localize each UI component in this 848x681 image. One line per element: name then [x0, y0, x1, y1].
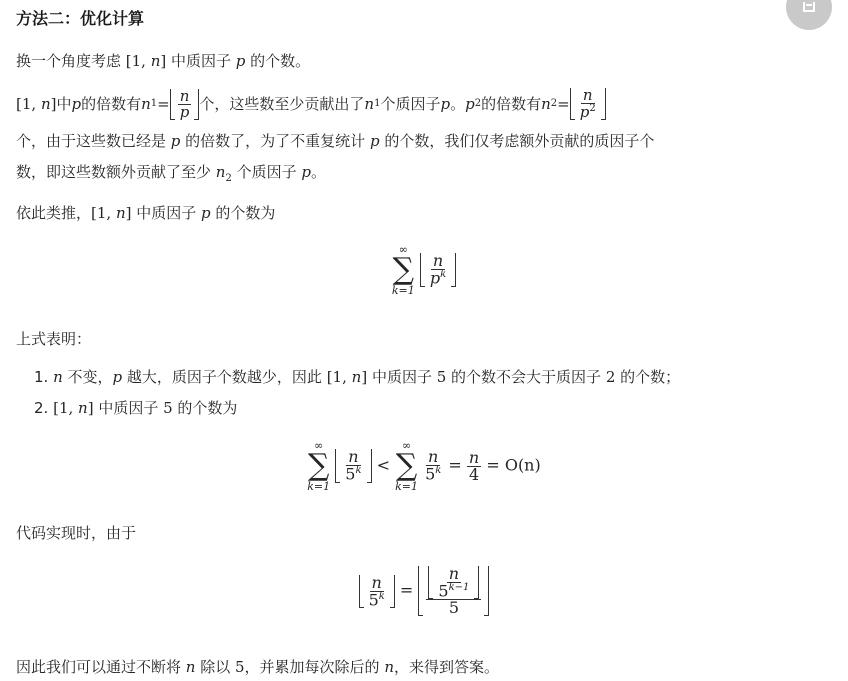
- text: 中质因子: [131, 204, 201, 222]
- math-p: p: [201, 204, 211, 222]
- paragraph-intro: 换一个角度考虑 [1, n] 中质因子 p 的个数。: [16, 50, 310, 72]
- math-interval: [1, n]: [126, 52, 166, 70]
- math-n2: n: [541, 93, 551, 115]
- math-n2: n: [216, 163, 226, 181]
- paragraph-conclusion: 因此我们可以通过不断将 n 除以 5，并累加每次除后的 n，来得到答案。: [16, 656, 499, 678]
- formula-sum-bound: ∞∑k=1 n5k < ∞∑k=1 n5k = n4 = O(n): [0, 440, 848, 492]
- paragraph-code-impl: 代码实现时，由于: [16, 522, 136, 544]
- math-n1: n: [364, 93, 374, 115]
- list-item-1: 1. n 不变，p 越大，质因子个数越少，因此 [1, n] 中质因子 5 的个…: [34, 366, 680, 388]
- text: 依此类推，: [16, 204, 91, 222]
- floor-expression: np: [170, 89, 200, 120]
- floor-expression: npk: [420, 253, 456, 286]
- text: 的个数。: [245, 52, 310, 70]
- paragraph-multiples-line2: 个，由于这些数已经是 p 的倍数了，为了不重复统计 p 的个数，我们仅考虑额外贡…: [16, 130, 654, 152]
- text: 的个数为: [211, 204, 276, 222]
- text: 中: [56, 93, 71, 115]
- text: 换一个角度考虑: [16, 52, 126, 70]
- section-heading: 方法二：优化计算: [16, 6, 144, 29]
- frac-den: p: [178, 105, 192, 120]
- math-interval: [1, n]: [16, 93, 56, 115]
- math-p: p: [370, 132, 380, 150]
- text: 个质因子: [232, 163, 302, 181]
- frac-num: n: [581, 88, 595, 104]
- math-p: p: [71, 93, 81, 115]
- equals: =: [557, 93, 570, 115]
- text: 。: [311, 163, 326, 181]
- math-p: p: [171, 132, 181, 150]
- text: 的倍数有: [81, 93, 141, 115]
- paragraph-implies: 上式表明：: [16, 328, 91, 350]
- text: 个质因子: [380, 93, 440, 115]
- math-interval: [1, n]: [91, 204, 131, 222]
- frac-den: p2: [578, 104, 598, 120]
- equals: =: [157, 93, 170, 115]
- paragraph-multiples-line1: [1, n] 中 p 的倍数有 n1 = np 个，这些数至少贡献出了 n1 个…: [16, 84, 606, 124]
- paragraph-induction: 依此类推，[1, n] 中质因子 p 的个数为: [16, 202, 275, 224]
- summation: ∞∑k=1: [392, 244, 415, 296]
- formula-sum-floor-p: ∞∑k=1 npk: [0, 244, 848, 296]
- document-icon: [803, 2, 815, 12]
- floating-action-button[interactable]: [786, 0, 832, 30]
- list-marker: 1.: [34, 368, 48, 386]
- list-item-2: 2. [1, n] 中质因子 5 的个数为: [34, 397, 237, 419]
- text: 的个数，我们仅考虑额外贡献的质因子个: [380, 132, 655, 150]
- text: 的倍数了，为了不重复统计: [180, 132, 370, 150]
- text: 数，即这些数额外贡献了至少: [16, 163, 216, 181]
- math-n1: n: [141, 93, 151, 115]
- math-p: p: [440, 93, 450, 115]
- math-p: p: [301, 163, 311, 181]
- floor-expression: np2: [570, 88, 606, 120]
- math-p: p: [236, 52, 246, 70]
- text: 个，这些数至少贡献出了: [199, 93, 364, 115]
- text: 。: [450, 93, 465, 115]
- text: 中质因子: [166, 52, 236, 70]
- paragraph-multiples-line3: 数，即这些数额外贡献了至少 n2 个质因子 p。: [16, 161, 326, 190]
- list-marker: 2.: [34, 399, 48, 417]
- text: 个，由于这些数已经是: [16, 132, 171, 150]
- formula-recurrence: n5k = n5k−15: [0, 566, 848, 616]
- math-p: p: [465, 93, 475, 115]
- text: 的倍数有: [481, 93, 541, 115]
